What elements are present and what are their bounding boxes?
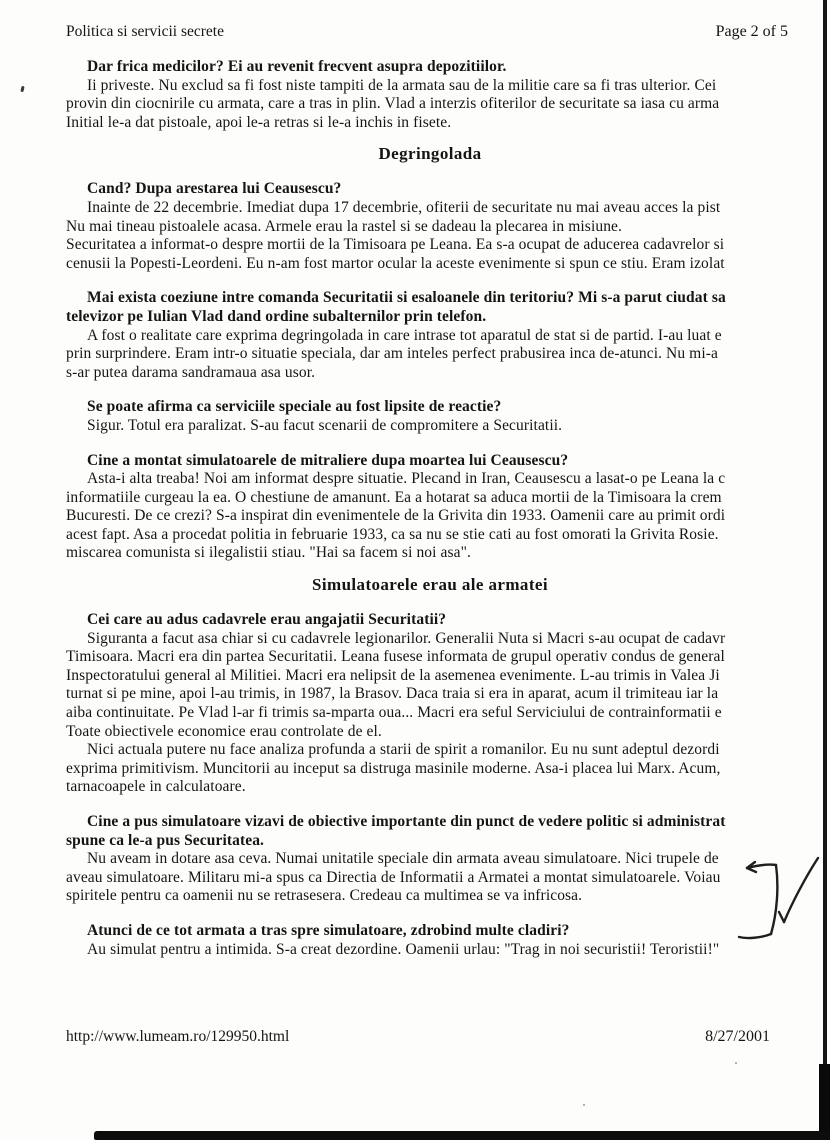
text-line: Ii priveste. Nu exclud sa fi fost niste … [66, 77, 794, 96]
scan-noise-dot [735, 1062, 737, 1064]
text-line: Nici actuala putere nu face analiza prof… [66, 741, 794, 760]
text-line: Au simulat pentru a intimida. S-a creat … [66, 941, 794, 960]
text-line: A fost o realitate care exprima degringo… [66, 327, 794, 346]
answer-paragraph: Inainte de 22 decembrie. Imediat dupa 17… [66, 199, 794, 273]
document-body: Dar frica medicilor? Ei au revenit frecv… [66, 58, 794, 959]
text-line: spune ca le-a pus Securitatea. [66, 832, 794, 851]
handwritten-check-bracket-icon [735, 851, 827, 949]
text-line: s-ar putea darama sandramaua asa usor. [66, 364, 794, 383]
section-heading: Degringolada [66, 143, 794, 164]
scan-noise-dot [583, 1104, 585, 1106]
text-line: exprima primitivism. Muncitorii au incep… [66, 760, 794, 779]
question-paragraph: Cine a montat simulatoarele de mitralier… [66, 452, 794, 471]
text-line: Nu aveam in dotare asa ceva. Numai unita… [66, 850, 794, 869]
text-line: prin surprindere. Eram intr-o situatie s… [66, 345, 794, 364]
header-page-number: Page 2 of 5 [716, 22, 794, 41]
answer-paragraph: Nici actuala putere nu face analiza prof… [66, 741, 794, 797]
answer-paragraph: Sigur. Totul era paralizat. S-au facut s… [66, 417, 794, 436]
text-line: Siguranta a facut asa chiar si cu cadavr… [66, 630, 794, 649]
text-line: Se poate afirma ca serviciile speciale a… [66, 398, 794, 417]
text-line: spiritele pentru ca oamenii nu se retras… [66, 887, 794, 906]
text-line: Sigur. Totul era paralizat. S-au facut s… [66, 417, 794, 436]
text-line: aiba continuitate. Pe Vlad l-ar fi trimi… [66, 704, 794, 723]
answer-paragraph: Siguranta a facut asa chiar si cu cadavr… [66, 630, 794, 742]
scan-artifact-right-edge [823, 0, 827, 1140]
text-line: Asta-i alta treaba! Noi am informat desp… [66, 470, 794, 489]
text-line: cenusii la Popesti-Leordeni. Eu n-am fos… [66, 255, 794, 274]
scanned-page-sheet: Politica si servicii secrete Page 2 of 5… [0, 0, 830, 1140]
scan-artifact-right-edge-lower [819, 1064, 830, 1140]
text-line: aveau simulatoare. Militaru mi-a spus ca… [66, 869, 794, 888]
text-line: Mai exista coeziune intre comanda Securi… [66, 289, 794, 308]
text-line: Dar frica medicilor? Ei au revenit frecv… [66, 58, 794, 77]
scan-artifact-bottom-edge [94, 1131, 830, 1140]
question-paragraph: Dar frica medicilor? Ei au revenit frecv… [66, 58, 794, 77]
text-line: turnat si pe mine, apoi l-au trimis, in … [66, 685, 794, 704]
text-line: Securitatea a informat-o despre mortii d… [66, 236, 794, 255]
text-line: tarnacoapele in calculatoare. [66, 778, 794, 797]
question-paragraph: Mai exista coeziune intre comanda Securi… [66, 289, 794, 326]
text-line: Cine a pus simulatoare vizavi de obiecti… [66, 813, 794, 832]
text-line: Simulatoarele erau ale armatei [66, 574, 794, 595]
answer-paragraph: Au simulat pentru a intimida. S-a creat … [66, 941, 794, 960]
answer-paragraph: A fost o realitate care exprima degringo… [66, 327, 794, 383]
text-line: Cand? Dupa arestarea lui Ceausescu? [66, 180, 794, 199]
header-title: Politica si servicii secrete [66, 22, 224, 41]
question-paragraph: Cine a pus simulatoare vizavi de obiecti… [66, 813, 794, 850]
text-line: Inainte de 22 decembrie. Imediat dupa 17… [66, 199, 794, 218]
text-line: Initial le-a dat pistoale, apoi le-a ret… [66, 114, 794, 133]
footer-url: http://www.lumeam.ro/129950.html [66, 1027, 289, 1046]
answer-paragraph: Ii priveste. Nu exclud sa fi fost niste … [66, 77, 794, 133]
question-paragraph: Cei care au adus cadavrele erau angajati… [66, 611, 794, 630]
question-paragraph: Atunci de ce tot armata a tras spre simu… [66, 922, 794, 941]
page-header: Politica si servicii secrete Page 2 of 5 [66, 22, 794, 41]
text-line: miscarea comunista si ilegalistii stiau.… [66, 544, 794, 563]
text-line: televizor pe Iulian Vlad dand ordine sub… [66, 308, 794, 327]
section-heading: Simulatoarele erau ale armatei [66, 574, 794, 595]
question-paragraph: Cand? Dupa arestarea lui Ceausescu? [66, 180, 794, 199]
text-line: provin din ciocnirile cu armata, care a … [66, 95, 794, 114]
footer-date: 8/27/2001 [705, 1027, 770, 1046]
text-line: Nu mai tineau pistoalele acasa. Armele e… [66, 218, 794, 237]
page-footer: http://www.lumeam.ro/129950.html 8/27/20… [66, 1027, 770, 1046]
text-line: Atunci de ce tot armata a tras spre simu… [66, 922, 794, 941]
text-line: Toate obiectivele economice erau control… [66, 723, 794, 742]
text-line: Degringolada [66, 143, 794, 164]
text-line: Bucuresti. De ce crezi? S-a inspirat din… [66, 507, 794, 526]
text-line: Cine a montat simulatoarele de mitralier… [66, 452, 794, 471]
answer-paragraph: Asta-i alta treaba! Noi am informat desp… [66, 470, 794, 563]
answer-paragraph: Nu aveam in dotare asa ceva. Numai unita… [66, 850, 794, 906]
text-line: informatiile curgeau la ea. O chestiune … [66, 489, 794, 508]
question-paragraph: Se poate afirma ca serviciile speciale a… [66, 398, 794, 417]
text-line: acest fapt. Asa a procedat politia in fe… [66, 526, 794, 545]
scan-speck [20, 86, 24, 93]
text-line: Cei care au adus cadavrele erau angajati… [66, 611, 794, 630]
text-line: Inspectoratului general al Militiei. Mac… [66, 667, 794, 686]
text-line: Timisoara. Macri era din partea Securita… [66, 648, 794, 667]
